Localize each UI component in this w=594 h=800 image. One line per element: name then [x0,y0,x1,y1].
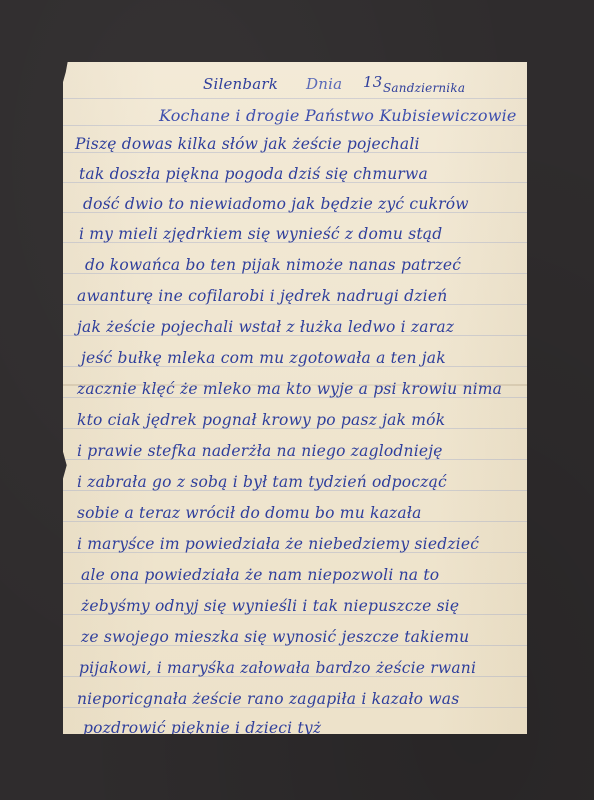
letter-line: tak doszła piękna pogoda dziś się chmurw… [79,164,428,184]
letter-line: i zabrała go z sobą i był tam tydzień od… [77,472,447,492]
letter-date-month: Sandziernika [383,78,465,98]
letter-greeting: Kochane i drogie Państwo Kubisiewiczowie [159,106,517,126]
letter-sheet: Silenbark Dnia 13 Sandziernika Kochane i… [63,62,527,734]
letter-date-day: 13 [363,72,383,92]
letter-line: do kowańca bo ten pijak nimoże nanas pat… [85,255,461,275]
letter-line: ale ona powiedziała że nam niepozwoli na… [81,565,439,585]
letter-line: i my mieli zjędrkiem się wynieść z domu … [79,224,442,244]
letter-line: jak żeście pojechali wstał z łużka ledwo… [77,317,454,337]
letter-line: ze swojego mieszka się wynosić jeszcze t… [81,627,469,647]
letter-line: dość dwio to niewiadomo jak będzie zyć c… [83,194,469,214]
letter-place: Silenbark [203,74,278,94]
letter-date-label: Dnia [306,74,342,94]
letter-line: i prawie stefka naderżła na niego zaglod… [77,441,443,461]
letter-line: pijakowi, i maryśka załowała bardzo żeśc… [79,658,476,678]
letter-line: zacznie klęć że mleko ma kto wyje a psi … [77,379,502,399]
letter-line: żebyśmy odnyj się wynieśli i tak niepusz… [81,596,459,616]
letter-line: sobie a teraz wrócił do domu bo mu kazał… [77,503,422,523]
letter-line: nieporicgnała żeście rano zagapiła i kaz… [77,689,459,709]
letter-line: awanturę ine cofilarobi i jędrek nadrugi… [77,286,447,306]
letter-line: i maryśce im powiedziała że niebedziemy … [77,534,479,554]
letter-line: Piszę dowas kilka słów jak żeście pojech… [75,134,420,154]
letter-line: kto ciak jędrek pognał krowy po pasz jak… [77,410,445,430]
ruled-line [63,98,527,99]
letter-line: jeść bułkę mleka com mu zgotowała a ten … [81,348,446,368]
